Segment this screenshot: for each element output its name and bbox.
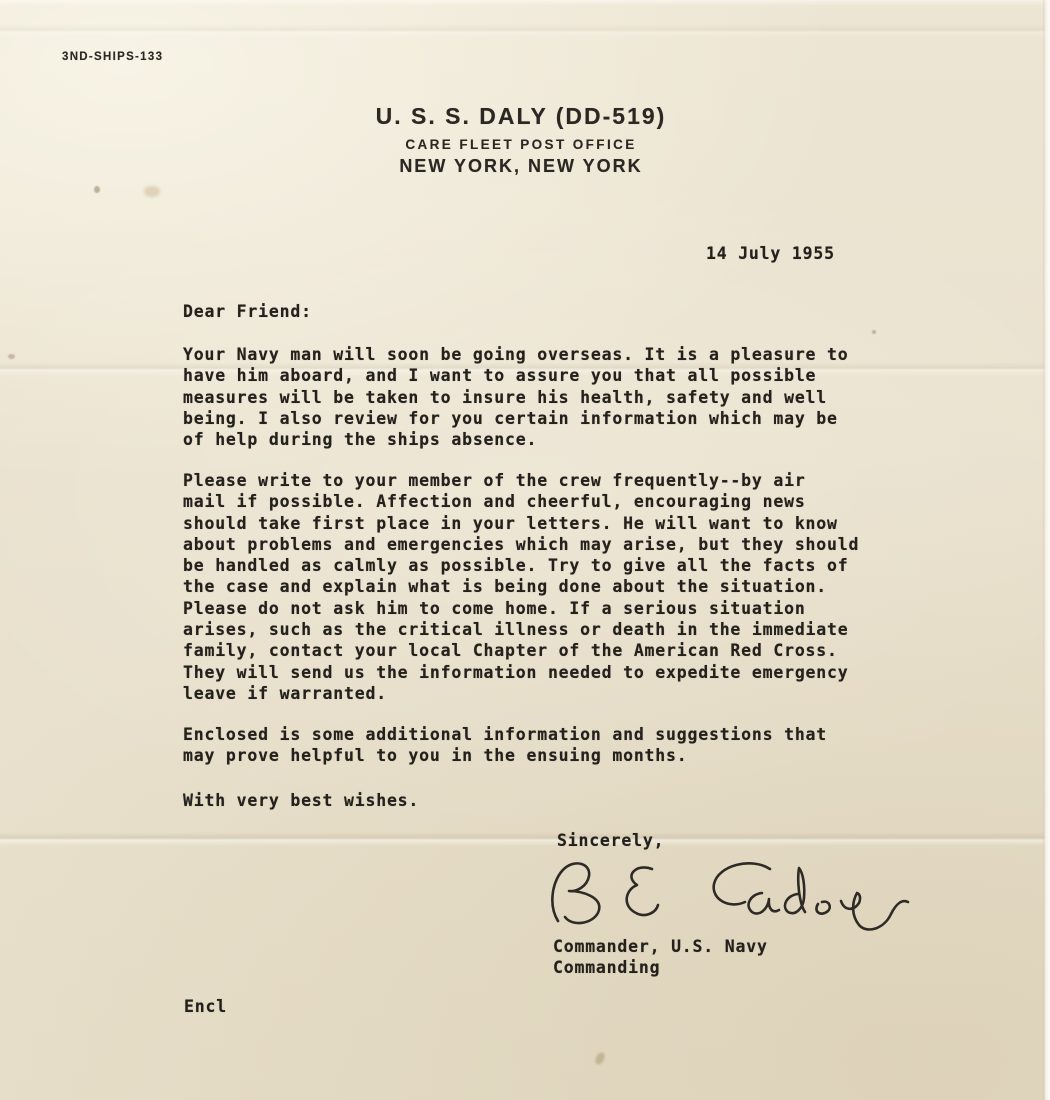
letterhead-ship-name: U. S. S. DALY (DD-519) <box>0 103 1042 130</box>
closing-line: With very best wishes. <box>183 790 419 811</box>
paper-stain <box>593 1051 606 1066</box>
valediction: Sincerely, <box>557 830 664 851</box>
body-paragraph-3: Enclosed is some additional information … <box>183 724 903 767</box>
signature-ink-strokes <box>546 856 926 936</box>
paper-stain <box>144 186 160 197</box>
paper-edge-right <box>1043 0 1050 1100</box>
paper-stain <box>8 354 15 359</box>
signer-title: Commander, U.S. Navy <box>553 936 768 957</box>
salutation: Dear Friend: <box>183 301 312 322</box>
body-paragraph-2: Please write to your member of the crew … <box>183 470 903 704</box>
scanned-letter-page: 3ND-SHIPS-133 U. S. S. DALY (DD-519) CAR… <box>0 0 1050 1100</box>
date-line: 14 July 1955 <box>706 243 835 264</box>
letterhead-city: NEW YORK, NEW YORK <box>0 156 1042 177</box>
body-paragraph-1: Your Navy man will soon be going oversea… <box>183 344 903 450</box>
form-number: 3ND-SHIPS-133 <box>62 51 163 63</box>
paper-edge-top <box>0 0 1050 6</box>
paper-stain <box>94 186 100 193</box>
letterhead-post-office: CARE FLEET POST OFFICE <box>0 137 1042 152</box>
paper-stain <box>872 330 876 334</box>
enclosure-note: Encl <box>184 996 227 1017</box>
signer-role: Commanding <box>553 957 660 978</box>
handwritten-signature <box>546 856 926 936</box>
fold-crease-lower <box>0 832 1050 846</box>
fold-crease-top <box>0 24 1050 38</box>
letterhead: U. S. S. DALY (DD-519) CARE FLEET POST O… <box>0 103 1042 177</box>
